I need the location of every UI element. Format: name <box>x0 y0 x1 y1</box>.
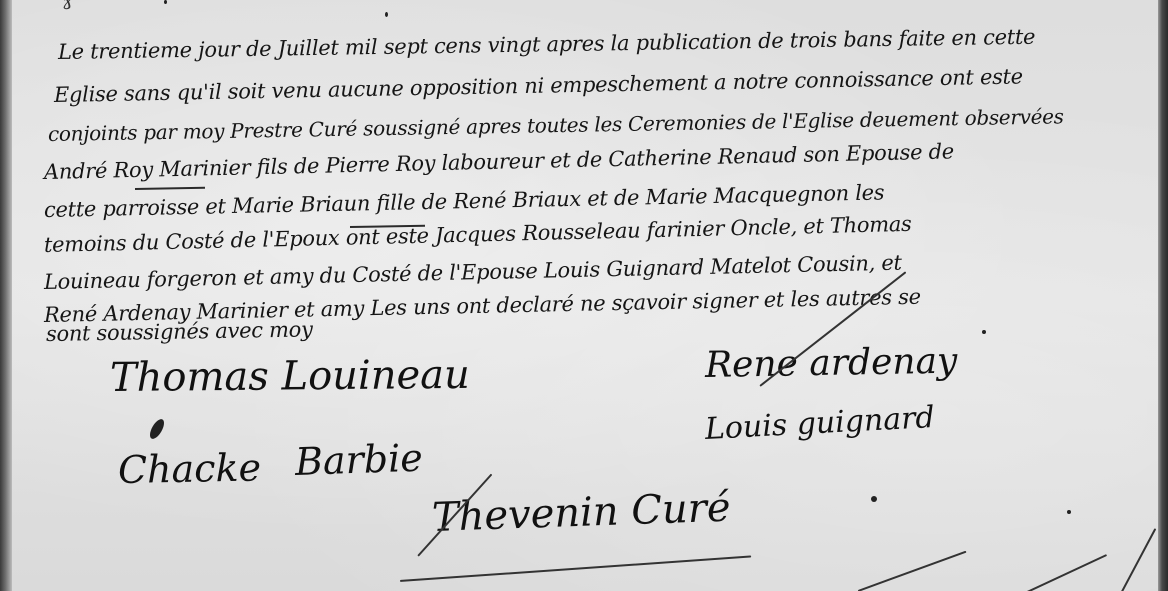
ink-speck <box>982 330 986 334</box>
record-line-4: André Roy Marinier fils de Pierre Roy la… <box>44 139 954 184</box>
record-line-2: Eglise sans qu'il soit venu aucune oppos… <box>54 64 1023 107</box>
signature-louis-guignard: Louis guignard <box>704 400 935 447</box>
stray-stroke-1 <box>858 551 967 591</box>
ink-speck <box>871 496 877 502</box>
ink-speck <box>1067 510 1071 514</box>
ink-blot <box>147 417 167 441</box>
signature-thevenin-underline <box>400 555 751 581</box>
record-line-9: sont soussignés avec moy <box>46 317 313 346</box>
signature-rene-ardenay: Rene ardenay <box>705 341 958 386</box>
page-left-edge <box>0 0 12 591</box>
signature-charles: Chacke <box>118 446 262 492</box>
record-line-1: Le trentieme jour de Juillet mil sept ce… <box>58 25 1035 64</box>
stray-stroke-2 <box>1025 554 1107 591</box>
signature-thevenin-cure: Thevenin Curé <box>431 485 731 541</box>
register-page: ɤ Le trentieme jour de Juillet mil sept … <box>0 0 1168 591</box>
signature-thomas-louineau: Thomas Louineau <box>110 352 470 401</box>
ink-speck <box>385 12 388 17</box>
page-right-edge <box>1158 0 1168 591</box>
underline-roy <box>135 187 205 190</box>
signature-barbie: Barbie <box>294 436 423 484</box>
stray-stroke-3 <box>1119 528 1156 591</box>
ink-speck <box>164 0 167 4</box>
previous-entry-fragment: ɤ <box>62 0 73 14</box>
